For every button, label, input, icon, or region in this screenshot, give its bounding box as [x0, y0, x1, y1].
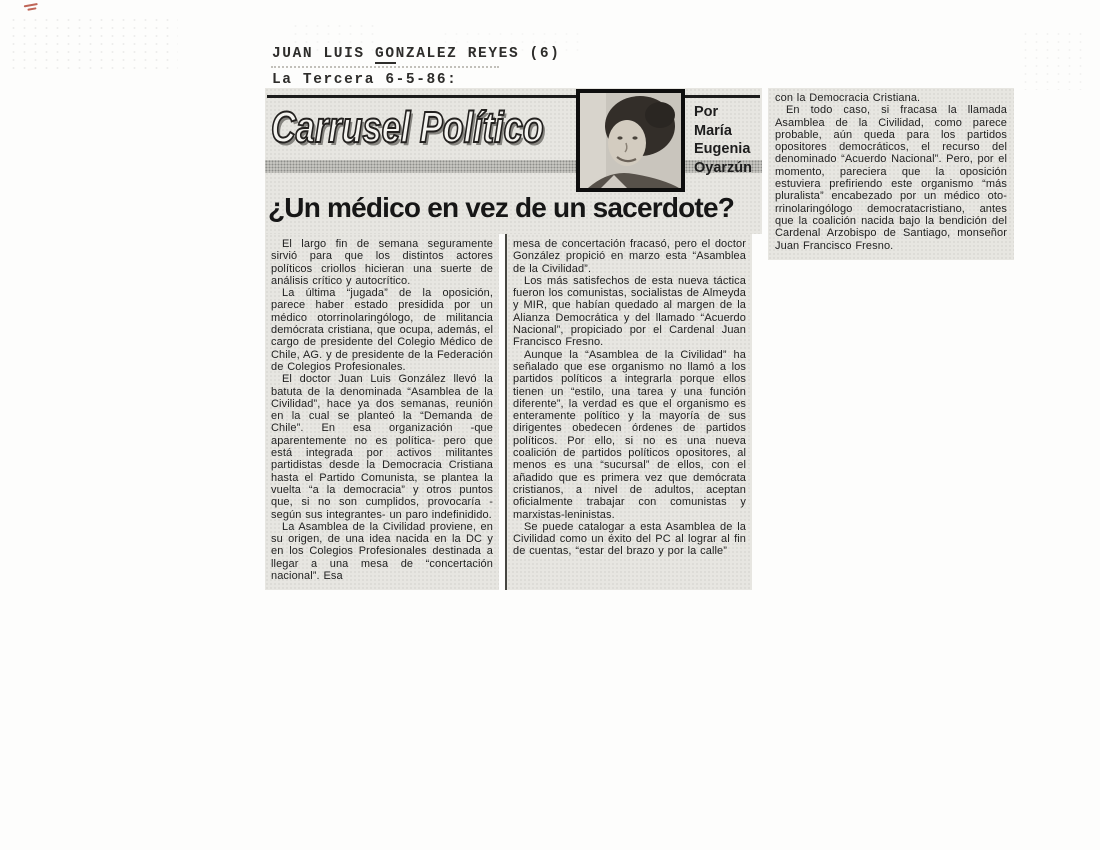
article-column-middle: mesa de concertación fracasó, pero el do…: [505, 234, 752, 590]
newspaper-clipping-continuation: con la Democracia Cristiana. En todo cas…: [768, 88, 1014, 260]
masthead-top-rule: [267, 95, 760, 98]
article-paragraph: En todo caso, si fracasa la llamada Asam…: [775, 104, 1007, 252]
clipping-annotation-source: La Tercera 6-5-86:: [272, 72, 457, 88]
portrait-image: [580, 93, 681, 188]
article-paragraph: con la Democracia Cristiana.: [775, 92, 1007, 104]
masthead-and-headline-block: Carrusel Político Por María Eugenia Oyar…: [265, 88, 762, 234]
newspaper-clipping-main: Carrusel Político Por María Eugenia Oyar…: [265, 88, 762, 590]
article-paragraph: Los más satisfechos de esta nueva táctic…: [513, 275, 746, 349]
scan-artifact-red-mark: [23, 1, 40, 13]
article-paragraph: El doctor Juan Luis González llevó la ba…: [271, 373, 493, 521]
byline-line2: Eugenia: [694, 140, 760, 159]
article-paragraph: El largo fin de semana seguramente sirvi…: [271, 238, 493, 287]
annotation-name-part1: JUAN LUIS: [272, 46, 375, 62]
article-column-left: El largo fin de semana seguramente sirvi…: [265, 234, 499, 590]
article-paragraph: Aunque la “Asamblea de la Civilidad” ha …: [513, 349, 746, 521]
article-headline: ¿Un médico en vez de un sacerdote?: [268, 192, 760, 224]
halftone-shade-band: [265, 160, 762, 173]
annotation-name-underlined: GO: [375, 46, 396, 64]
columnist-photo: [576, 89, 685, 192]
byline-line3: Oyarzún: [694, 159, 760, 178]
pencil-underline: [271, 66, 499, 68]
byline-line1: Por María: [694, 103, 760, 140]
article-paragraph: La Asamblea de la Civilidad proviene, en…: [271, 521, 493, 582]
byline: Por María Eugenia Oyarzún: [694, 103, 760, 177]
article-paragraph: mesa de concertación fracasó, pero el do…: [513, 238, 746, 275]
article-columns: El largo fin de semana seguramente sirvi…: [265, 234, 762, 590]
annotation-name-part3: NZALEZ REYES (6): [396, 46, 561, 62]
carrusel-politico-logo: Carrusel Político: [271, 103, 544, 153]
scan-noise-speckles: [1020, 30, 1090, 90]
article-paragraph: Se puede catalogar a esta Asamblea de la…: [513, 521, 746, 558]
clipping-annotation-name: JUAN LUIS GONZALEZ REYES (6): [272, 46, 560, 62]
article-paragraph: La última “jugada” de la oposición, pare…: [271, 287, 493, 373]
scan-noise-speckles: [8, 16, 178, 71]
